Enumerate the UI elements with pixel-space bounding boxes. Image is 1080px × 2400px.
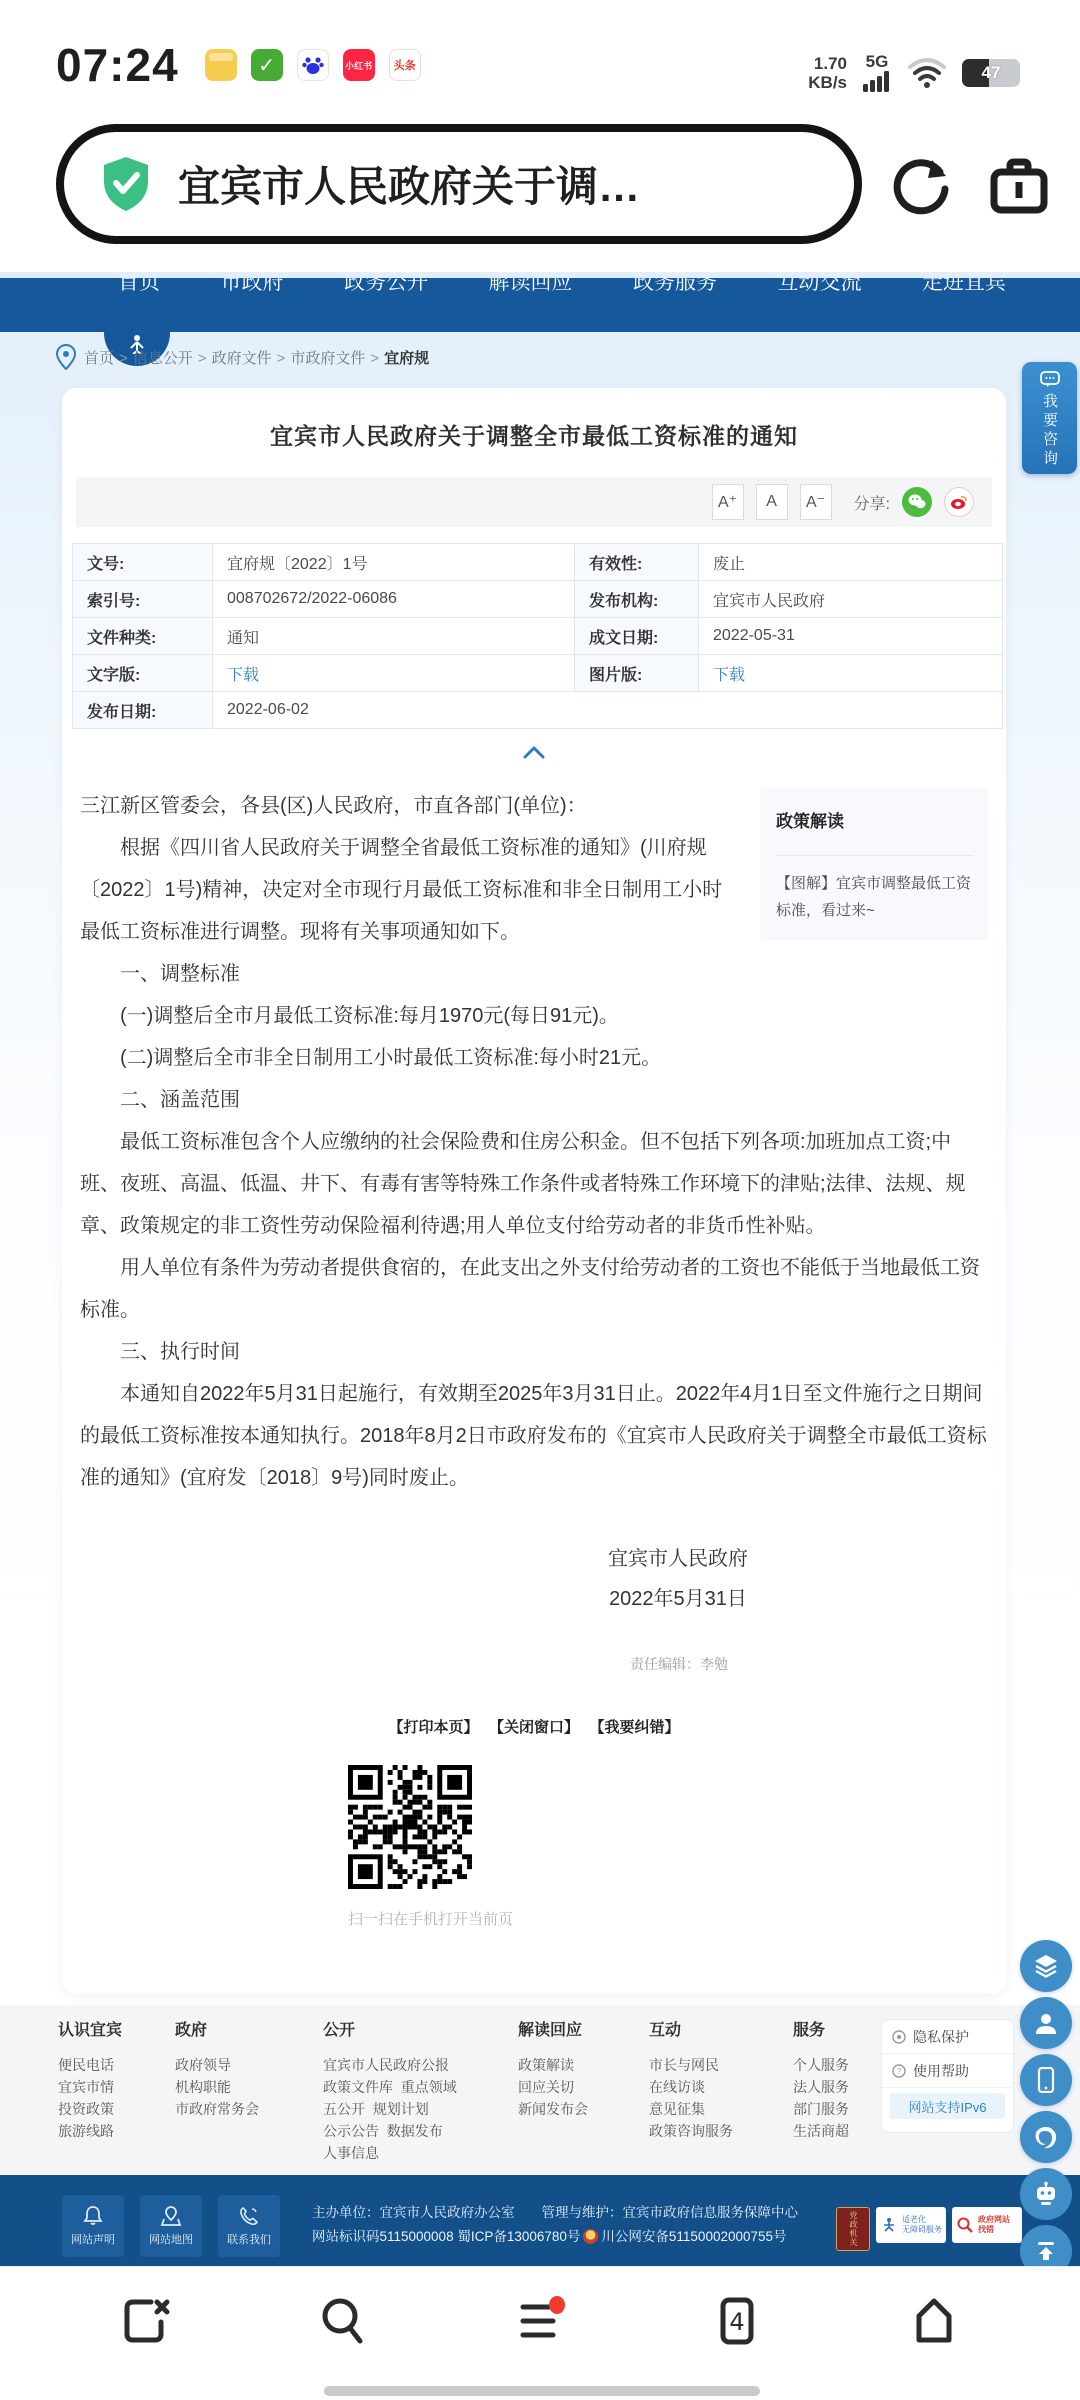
page-action-links: 【打印本页】【关闭窗口】【我要纠错】	[80, 1707, 988, 1749]
privacy-link[interactable]: 隐私保护	[882, 2020, 1013, 2054]
footer-link[interactable]: 法人服务	[793, 2076, 849, 2098]
action-link[interactable]: 【关闭窗口】	[496, 1719, 579, 1736]
article-body: 政策解读 【图解】宜宾市调整最低工资标准，看过来~ 三江新区管委会，各县(区)人…	[72, 771, 996, 1941]
footer-column: 服务个人服务法人服务部门服务生活商超	[793, 2017, 849, 2142]
footer-column-title: 认识宜宾	[58, 2017, 122, 2040]
meta-label: 文件种类:	[73, 618, 213, 655]
wechat-share-icon[interactable]	[902, 487, 932, 517]
article-paragraph: 一、调整标准	[80, 953, 988, 995]
breadcrumb: 首页>信息公开>政府文件>市政府文件>宜府规	[56, 340, 1016, 374]
layers-button[interactable]	[1020, 1940, 1072, 1992]
secure-shield-icon	[98, 154, 154, 214]
article-paragraph: (二)调整后全市非全日制用工小时最低工资标准:每小时21元。	[80, 1037, 988, 1079]
footer-link[interactable]: 便民电话	[58, 2054, 122, 2076]
gesture-bar[interactable]	[324, 2386, 760, 2396]
consult-tab-label: 我要咨询	[1039, 393, 1060, 469]
wifi-icon	[907, 57, 947, 89]
meta-label: 发布机构:	[575, 581, 699, 618]
footer-link[interactable]: 政策文件库 重点领域	[323, 2076, 457, 2098]
qr-caption: 扫一扫在手机打开当前页	[348, 1899, 548, 1941]
floating-action-stack	[1020, 1940, 1072, 2282]
footer-link[interactable]: 五公开 规划计划	[323, 2098, 457, 2120]
gov-footer-line2: 网站标识码5115000008 蜀ICP备13006780号川公网安备51150…	[312, 2225, 798, 2249]
meta-row: 发布日期:2022-06-02	[73, 692, 1003, 729]
font-size-button[interactable]: A⁻	[800, 484, 832, 520]
nav-item[interactable]: 解读回应	[489, 278, 573, 293]
breadcrumb-item[interactable]: 信息公开	[133, 350, 193, 367]
map-pin-icon	[160, 2205, 182, 2227]
qr-block: 扫一扫在手机打开当前页	[348, 1765, 548, 1941]
breadcrumb-item[interactable]: 政府文件	[212, 350, 272, 367]
help-link[interactable]: ? 使用帮助	[882, 2054, 1013, 2088]
breadcrumb-item[interactable]: 首页	[84, 350, 114, 367]
help-icon: ?	[892, 2064, 906, 2078]
footer-link[interactable]: 公示公告 数据发布	[323, 2120, 457, 2142]
editor-credit: 责任编辑：李勉	[80, 1643, 988, 1685]
action-link[interactable]: 【我要纠错】	[597, 1719, 680, 1736]
breadcrumb-items: 首页>信息公开>政府文件>市政府文件>宜府规	[84, 347, 429, 368]
site-map-link[interactable]: 网站地图	[140, 2195, 202, 2257]
meta-label: 有效性:	[575, 544, 699, 581]
breadcrumb-separator: >	[198, 350, 207, 367]
breadcrumb-separator: >	[370, 350, 379, 367]
tab-switcher-button[interactable]: 4	[705, 2289, 769, 2353]
browser-address-bar: 宜宾市人民政府关于调…	[0, 110, 1080, 272]
article-paragraph: 二、涵盖范围	[80, 1079, 988, 1121]
baidu-paw-icon	[301, 53, 325, 77]
footer-link[interactable]: 政策解读	[518, 2054, 588, 2076]
baidu-app-icon	[297, 49, 329, 81]
download-link[interactable]: 下载	[699, 655, 1003, 692]
meta-row: 索引号:008702672/2022-06086发布机构:宜宾市人民政府	[73, 581, 1003, 618]
meta-value: 通知	[213, 618, 575, 655]
robot-assistant-button[interactable]	[1020, 2168, 1072, 2220]
footer-link[interactable]: 市长与网民	[649, 2054, 733, 2076]
font-size-button[interactable]: A	[756, 484, 788, 520]
bell-icon	[82, 2205, 104, 2227]
meta-label: 图片版:	[575, 655, 699, 692]
meta-label: 发布日期:	[73, 692, 213, 729]
document-meta-table: 文号:宜府规〔2022〕1号有效性:废止索引号:008702672/2022-0…	[72, 543, 1003, 729]
signature-org: 宜宾市人民政府	[528, 1539, 828, 1579]
mobile-button[interactable]	[1020, 2054, 1072, 2106]
footer-link[interactable]: 意见征集	[649, 2098, 733, 2120]
user-button[interactable]	[1020, 1997, 1072, 2049]
site-footer: 认识宜宾便民电话宜宾市情投资政策旅游线路政府政府领导机构职能市政府常务会公开宜宾…	[0, 2005, 1080, 2175]
meta-row: 文件种类:通知成文日期:2022-05-31	[73, 618, 1003, 655]
nav-item[interactable]: 走进宜宾	[922, 278, 1006, 293]
battery-percent: 47	[962, 59, 1020, 87]
location-pin-icon	[56, 344, 76, 370]
footer-link[interactable]: 回应关切	[518, 2076, 588, 2098]
checkmark-app-icon: ✓	[251, 49, 283, 81]
accessibility-badge[interactable]: 适老化无障碍服务	[876, 2207, 946, 2243]
qr-code	[348, 1765, 472, 1889]
privacy-icon	[892, 2030, 906, 2044]
url-text: 宜宾市人民政府关于调…	[178, 154, 640, 214]
menu-button[interactable]	[508, 2289, 572, 2353]
footer-link[interactable]: 宜宾市情	[58, 2076, 122, 2098]
footer-link[interactable]: 宜宾市人民政府公报	[323, 2054, 457, 2076]
download-link[interactable]: 下载	[213, 655, 575, 692]
article-paragraph: 三、执行时间	[80, 1331, 988, 1373]
webpage-viewport: 首页市政府政务公开解读回应政务服务互动交流走进宜宾 首页>信息公开>政府文件>市…	[0, 272, 1080, 2266]
breadcrumb-item[interactable]: 宜府规	[384, 350, 429, 367]
footer-column: 互动市长与网民在线访谈意见征集政策咨询服务	[649, 2017, 733, 2142]
policy-box-link[interactable]: 【图解】宜宾市调整最低工资标准，看过来~	[776, 870, 972, 924]
weibo-share-icon[interactable]	[944, 487, 974, 517]
menu-notification-dot	[549, 2296, 565, 2314]
accessibility-icon	[880, 2216, 898, 2234]
close-tab-button[interactable]	[114, 2289, 178, 2353]
nav-item[interactable]: 政务公开	[344, 278, 428, 293]
breadcrumb-separator: >	[277, 350, 286, 367]
footer-column-title: 解读回应	[518, 2017, 588, 2040]
action-link[interactable]: 【打印本页】	[388, 1719, 478, 1736]
footer-column: 解读回应政策解读回应关切新闻发布会	[518, 2017, 588, 2120]
article-paragraph: (一)调整后全市月最低工资标准:每月1970元(每日91元)。	[80, 995, 988, 1037]
footer-link[interactable]: 新闻发布会	[518, 2098, 588, 2120]
signature-block: 宜宾市人民政府 2022年5月31日	[528, 1539, 828, 1619]
footer-link[interactable]: 人事信息	[323, 2142, 457, 2164]
nav-item[interactable]: 市政府	[221, 278, 284, 293]
ipv6-badge[interactable]: 网站支持IPv6	[890, 2093, 1005, 2119]
site-nav: 首页市政府政务公开解读回应政务服务互动交流走进宜宾	[0, 278, 1080, 332]
battery-indicator: 47	[962, 59, 1020, 87]
gov-org-badge: 党政机关	[836, 2207, 870, 2251]
site-statement-link[interactable]: 网站声明	[62, 2195, 124, 2257]
wechat-channel-button[interactable]	[1020, 2111, 1072, 2163]
refresh-button[interactable]	[888, 152, 954, 218]
gov-bottom-bar: 网站声明 网站地图 联系我们 主办单位：宜宾市人民政府办公室 管理与维护：宜宾市…	[0, 2175, 1080, 2266]
police-emblem-icon	[583, 2229, 598, 2244]
browser-bottom-nav: 4	[0, 2266, 1080, 2400]
magnifier-icon	[956, 2216, 974, 2234]
article-paragraph: 用人单位有条件为劳动者提供食宿的，在此支出之外支付给劳动者的工资也不能低于当地最…	[80, 1247, 988, 1331]
network-speed: 1.70 KB/s	[808, 54, 847, 92]
footer-column: 认识宜宾便民电话宜宾市情投资政策旅游线路	[58, 2017, 122, 2142]
meta-label: 文字版:	[73, 655, 213, 692]
meta-value: 废止	[699, 544, 1003, 581]
tab-count: 4	[729, 2308, 744, 2336]
toutiao-app-icon: 头条	[389, 49, 421, 81]
footer-column-title: 政府	[175, 2017, 259, 2040]
notes-app-icon	[205, 49, 237, 81]
meta-label: 索引号:	[73, 581, 213, 618]
footer-link[interactable]: 生活商超	[793, 2120, 849, 2142]
clock: 07:24	[56, 38, 179, 92]
footer-column: 政府政府领导机构职能市政府常务会	[175, 2017, 259, 2120]
article-paragraph: 最低工资标准包含个人应缴纳的社会保险费和住房公积金。但不包括下列各项:加班加点工…	[80, 1121, 988, 1247]
footer-link[interactable]: 部门服务	[793, 2098, 849, 2120]
footer-link[interactable]: 市政府常务会	[175, 2098, 259, 2120]
meta-label: 成文日期:	[575, 618, 699, 655]
meta-row: 文号:宜府规〔2022〕1号有效性:废止	[73, 544, 1003, 581]
cellular-signal: 5G	[862, 53, 892, 92]
meta-value: 2022-05-31	[699, 618, 1003, 655]
footer-utility-box: 隐私保护 ? 使用帮助 网站支持IPv6	[881, 2019, 1014, 2133]
footer-column: 公开宜宾市人民政府公报政策文件库 重点领域五公开 规划计划公示公告 数据发布人事…	[323, 2017, 457, 2164]
meta-value: 宜宾市人民政府	[699, 581, 1003, 618]
breadcrumb-item[interactable]: 市政府文件	[290, 350, 365, 367]
search-button[interactable]	[311, 2289, 375, 2353]
contact-us-link[interactable]: 联系我们	[218, 2195, 280, 2257]
content-card: 宜宾市人民政府关于调整全市最低工资标准的通知 A⁺AA⁻ 分享: 文号:宜府规〔…	[62, 388, 1006, 1994]
footer-link[interactable]: 投资政策	[58, 2098, 122, 2120]
home-button[interactable]	[902, 2289, 966, 2353]
footer-link[interactable]: 机构职能	[175, 2076, 259, 2098]
gov-footer-text: 主办单位：宜宾市人民政府办公室 管理与维护：宜宾市政府信息服务保障中心 网站标识…	[312, 2201, 798, 2249]
gov-footer-line1: 主办单位：宜宾市人民政府办公室 管理与维护：宜宾市政府信息服务保障中心	[312, 2201, 798, 2225]
footer-link[interactable]: 政府领导	[175, 2054, 259, 2076]
footer-column-title: 服务	[793, 2017, 849, 2040]
consult-tab[interactable]: 我要咨询	[1022, 362, 1077, 474]
meta-value: 008702672/2022-06086	[213, 581, 575, 618]
signature-date: 2022年5月31日	[528, 1579, 828, 1619]
chat-bubble-icon	[1040, 371, 1060, 388]
article-paragraph: 本通知自2022年5月31日起施行，有效期至2025年3月31日止。2022年4…	[80, 1373, 988, 1499]
meta-label: 文号:	[73, 544, 213, 581]
breadcrumb-separator: >	[119, 350, 128, 367]
signal-bars-icon	[862, 70, 892, 92]
status-bar: 07:24 ✓ 小红书 头条 1.70 KB/s 5G	[0, 0, 1080, 110]
footer-column-title: 公开	[323, 2017, 457, 2040]
page-title: 宜宾市人民政府关于调整全市最低工资标准的通知	[72, 418, 996, 451]
svg-text:?: ?	[897, 2067, 902, 2076]
collapse-toggle[interactable]	[72, 745, 996, 771]
font-size-controls: A⁺AA⁻	[712, 484, 832, 520]
meta-value: 2022-06-02	[213, 692, 1003, 729]
phone-icon	[238, 2205, 260, 2227]
phone-screen: 07:24 ✓ 小红书 头条 1.70 KB/s 5G	[0, 0, 1080, 2400]
nav-item[interactable]: 互动交流	[778, 278, 862, 293]
footer-column-title: 互动	[649, 2017, 733, 2040]
article-toolbar: A⁺AA⁻ 分享:	[76, 477, 992, 527]
toolbox-button[interactable]	[986, 152, 1052, 218]
footer-link[interactable]: 在线访谈	[649, 2076, 733, 2098]
nav-item[interactable]: 政务服务	[633, 278, 717, 293]
share-label: 分享:	[854, 491, 890, 514]
font-size-button[interactable]: A⁺	[712, 484, 744, 520]
meta-row: 文字版:下载图片版:下载	[73, 655, 1003, 692]
xiaohongshu-app-icon: 小红书	[343, 49, 375, 81]
footer-link[interactable]: 政策咨询服务	[649, 2120, 733, 2142]
meta-value: 宜府规〔2022〕1号	[213, 544, 575, 581]
nav-item[interactable]: 首页	[118, 278, 160, 293]
footer-link[interactable]: 旅游线路	[58, 2120, 122, 2142]
policy-box-title: 政策解读	[776, 801, 972, 856]
site-error-report-badge[interactable]: 政府网站找错	[952, 2207, 1022, 2243]
footer-link[interactable]: 个人服务	[793, 2054, 849, 2076]
policy-interpretation-box: 政策解读 【图解】宜宾市调整最低工资标准，看过来~	[760, 787, 988, 940]
url-bar[interactable]: 宜宾市人民政府关于调…	[56, 124, 862, 244]
